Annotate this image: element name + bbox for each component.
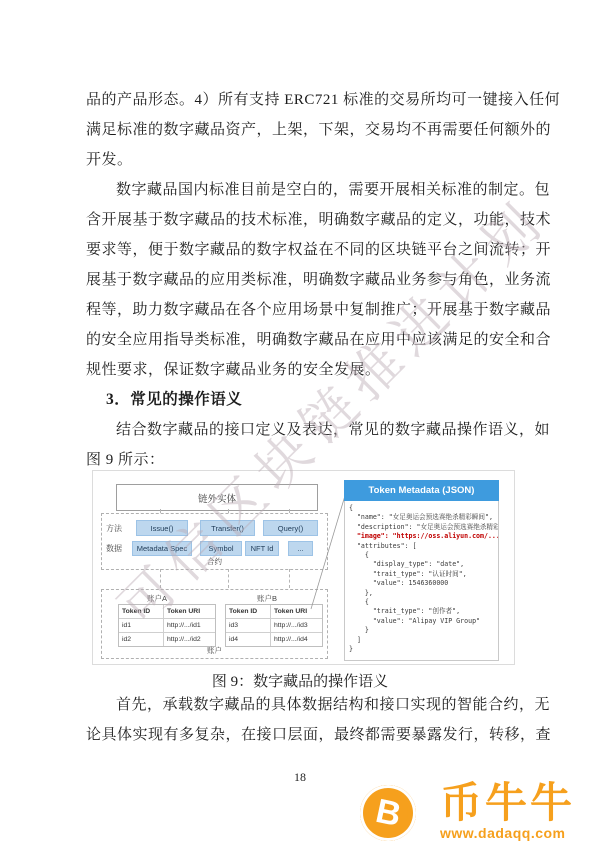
- accounts-label: 账户: [102, 645, 327, 656]
- body-text-line: 规性要求，保证数字藏品业务的安全发展。: [86, 355, 514, 385]
- token-uri-cell: http://.../id3: [271, 619, 322, 632]
- figure-9-diagram: 链外实体 方法 Issue() Transfer() Query() 数据 Me…: [92, 470, 515, 665]
- body-text-line: 论具体实现有多复杂，在接口层面，最终都需要暴露发行，转移，查: [86, 720, 514, 750]
- data-box-ellipsis: ...: [288, 541, 313, 556]
- table-header-token-id: Token ID: [119, 605, 164, 618]
- connector-line: [289, 569, 290, 588]
- body-text-line: 3．常见的操作语义: [86, 385, 514, 415]
- json-line: "trait_type": "创作者",: [349, 607, 494, 616]
- table-row: id3 http://.../id3: [226, 618, 322, 632]
- account-b-table: Token ID Token URI id3 http://.../id3 id…: [225, 604, 323, 647]
- token-uri-cell: http://.../id1: [164, 619, 215, 632]
- connector-line: [160, 569, 161, 588]
- body-text-upper: 品的产品形态。4）所有支持 ERC721 标准的交易所均可一键接入任何满足标准的…: [86, 85, 514, 475]
- token-metadata-header: Token Metadata (JSON): [344, 480, 499, 501]
- body-text-line: 的安全应用指导类标准，明确数字藏品在应用中应该满足的安全和合: [86, 325, 514, 355]
- bitcoin-icon: B: [360, 785, 416, 841]
- account-a-table: Token ID Token URI id1 http://.../id1 id…: [118, 604, 216, 647]
- body-text-lower: 首先，承载数字藏品的具体数据结构和接口实现的智能合约，无论具体实现有多复杂，在接…: [86, 690, 514, 750]
- json-line: "value": "Alipay VIP Group": [349, 617, 494, 626]
- methods-row-label: 方法: [106, 523, 122, 534]
- accounts-box: 账户A 账户B Token ID Token URI id1 http://..…: [101, 589, 328, 659]
- json-line: "image": "https://oss.aliyun.com/.../mom…: [349, 532, 494, 541]
- body-text-line: 要求等，便于数字藏品的数字权益在不同的区块链平台之间流转；开: [86, 235, 514, 265]
- method-box-transfer: Transfer(): [200, 520, 255, 536]
- json-line: "description": "女足奥运会预选赛绝杀精彩瞬间。",: [349, 523, 494, 532]
- json-line: }: [349, 645, 494, 654]
- method-box-query: Query(): [263, 520, 318, 536]
- document-page: 可信区块链推进计划 品的产品形态。4）所有支持 ERC721 标准的交易所均可一…: [0, 0, 600, 848]
- json-line: }: [349, 626, 494, 635]
- json-line: {: [349, 551, 494, 560]
- body-text-line: 品的产品形态。4）所有支持 ERC721 标准的交易所均可一键接入任何: [86, 85, 514, 115]
- table-header-row: Token ID Token URI: [119, 605, 215, 618]
- table-header-token-id: Token ID: [226, 605, 271, 618]
- body-text-line: 展基于数字藏品的应用类标准，明确数字藏品业务参与角色，业务流: [86, 265, 514, 295]
- table-header-row: Token ID Token URI: [226, 605, 322, 618]
- data-box-metadata-spec: Metadata Spec: [132, 541, 192, 556]
- data-box-nft-id: NFT Id: [245, 541, 279, 556]
- json-line: },: [349, 589, 494, 598]
- token-metadata-panel: Token Metadata (JSON) { "name": "女足奥运会预选…: [344, 480, 499, 661]
- body-text-line: 程等，助力数字藏品在各个应用场景中复制推广；开展基于数字藏品: [86, 295, 514, 325]
- data-row-label: 数据: [106, 543, 122, 554]
- token-metadata-json: { "name": "女足奥运会预选赛绝杀精彩瞬间", "description…: [344, 501, 499, 661]
- body-text-line: 结合数字藏品的接口定义及表达，常见的数字藏品操作语义，如: [86, 415, 514, 445]
- data-box-symbol: Symbol: [200, 541, 242, 556]
- figure-caption: 图 9：数字藏品的操作语义: [0, 670, 600, 691]
- contract-label: 合约: [102, 556, 327, 567]
- method-box-issue: Issue(): [136, 520, 188, 536]
- table-row: id2 http://.../id2: [119, 632, 215, 646]
- json-line: ]: [349, 636, 494, 645]
- contract-box: 方法 Issue() Transfer() Query() 数据 Metadat…: [101, 513, 328, 570]
- offchain-entity-box: 链外实体: [116, 484, 318, 511]
- logo-brand-text: 币牛牛: [440, 781, 575, 825]
- logo-url-text: www.dadaqq.com: [440, 825, 566, 841]
- account-b-title: 账户B: [257, 593, 277, 604]
- body-text-line: 满足标准的数字藏品资产，上架，下架，交易均不再需要任何额外的: [86, 115, 514, 145]
- account-a-title: 账户A: [147, 593, 167, 604]
- connector-line: [228, 569, 229, 588]
- json-line: "value": 1546360000: [349, 579, 494, 588]
- json-line: "display_type": "date",: [349, 560, 494, 569]
- site-logo: B 币牛牛 www.dadaqq.com: [360, 781, 575, 841]
- body-text-line: 首先，承载数字藏品的具体数据结构和接口实现的智能合约，无: [86, 690, 514, 720]
- table-row: id1 http://.../id1: [119, 618, 215, 632]
- table-header-token-uri: Token URI: [164, 605, 215, 618]
- json-line: "attributes": [: [349, 542, 494, 551]
- json-line: "trait_type": "认证时间",: [349, 570, 494, 579]
- body-text-line: 开发。: [86, 145, 514, 175]
- token-id-cell: id1: [119, 619, 164, 632]
- json-line: {: [349, 504, 494, 513]
- json-line: "name": "女足奥运会预选赛绝杀精彩瞬间",: [349, 513, 494, 522]
- token-id-cell: id3: [226, 619, 271, 632]
- body-text-line: 数字藏品国内标准目前是空白的，需要开展相关标准的制定。包: [86, 175, 514, 205]
- table-row: id4 http://.../id4: [226, 632, 322, 646]
- table-header-token-uri: Token URI: [271, 605, 322, 618]
- body-text-line: 含开展基于数字藏品的技术标准，明确数字藏品的定义，功能，技术: [86, 205, 514, 235]
- bitcoin-b-glyph: B: [372, 791, 404, 834]
